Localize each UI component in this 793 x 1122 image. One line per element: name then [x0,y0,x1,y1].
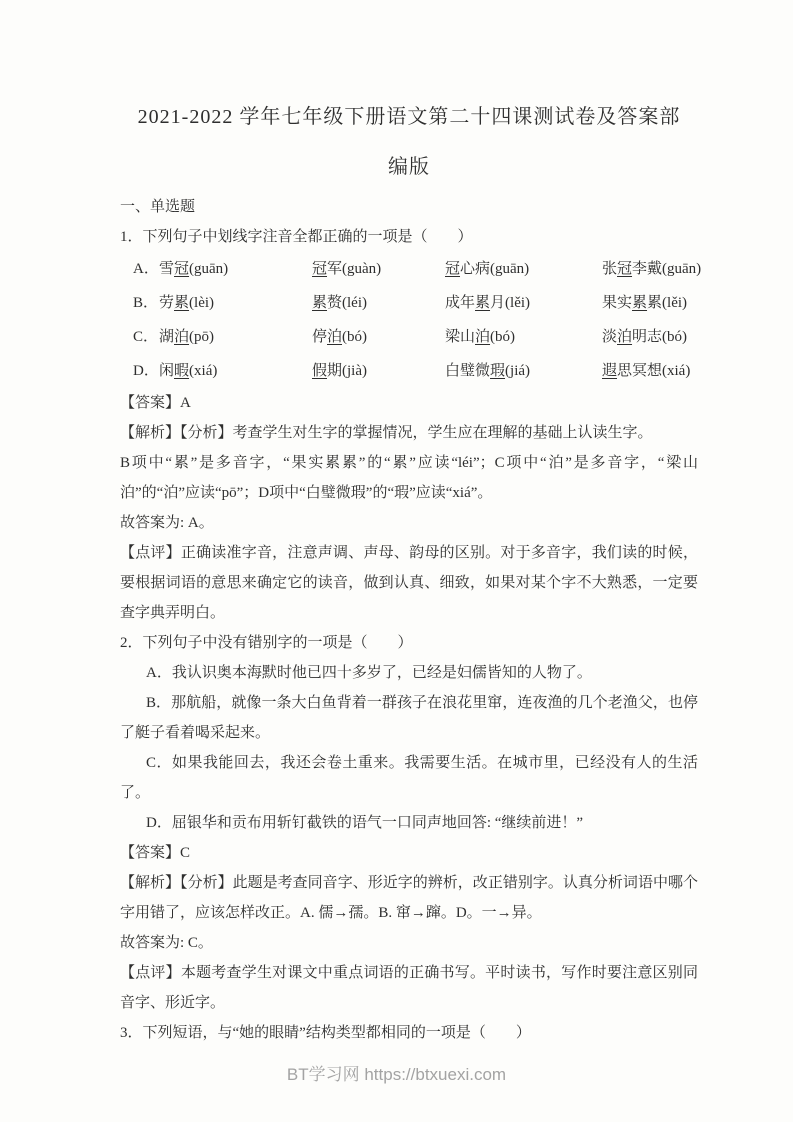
question1-comment: 【点评】正确读准字音，注意声调、声母、韵母的区别。对于多音字，我们读的时候，要根… [120,538,698,628]
question2-conclusion: 故答案为: C。 [120,928,698,958]
question2-comment: 【点评】本题考查学生对课文中重点词语的正确书写。平时读书，写作时要注意区别同音字… [120,958,698,1018]
option-phrase: 淡泊明志(bó) [602,320,698,354]
question2-option-c: C．如果我能回去，我还会卷土重来。我需要生活。在城市里，已经没有人的生活了。 [120,748,698,808]
option-phrase: 雪冠(guān) [159,252,312,286]
document-content: 2021-2022 学年七年级下册语文第二十四课测试卷及答案部 编版 一、单选题… [120,92,698,1048]
option-phrase: 遐思冥想(xiá) [602,354,698,388]
option-phrase: 白璧微瑕(jiá) [445,354,602,388]
question1-conclusion: 故答案为: A。 [120,508,698,538]
question2-option-d: D．屈银华和贡布用斩钉截铁的语气一口同声地回答: “继续前进！” [120,808,698,838]
option-phrase: 闲暇(xiá) [159,354,312,388]
title-line-2: 编版 [120,142,698,192]
site-watermark: BT学习网 https://btxuexi.com [0,1062,793,1088]
question2-stem: 2．下列句子中没有错别字的一项是（ ） [120,628,698,658]
question1-options: A． 雪冠(guān) 冠军(guàn) 冠心病(guān) 张冠李戴(guān… [133,252,698,388]
section-heading: 一、单选题 [120,192,698,222]
question1-answer: 【答案】A [120,388,698,418]
question1-option-row-a: A． 雪冠(guān) 冠军(guàn) 冠心病(guān) 张冠李戴(guān… [133,252,698,286]
option-label: B． [133,286,159,320]
question2-answer: 【答案】C [120,838,698,868]
question1-option-row-d: D． 闲暇(xiá) 假期(jià) 白璧微瑕(jiá) 遐思冥想(xiá) [133,354,698,388]
option-phrase: 湖泊(pō) [159,320,312,354]
test-paper-page: 2021-2022 学年七年级下册语文第二十四课测试卷及答案部 编版 一、单选题… [0,0,793,1122]
question2-analysis: 【解析】【分析】此题是考查同音字、形近字的辨析，改正错别字。认真分析词语中哪个字… [120,868,698,928]
question2-option-b: B．那航船，就像一条大白鱼背着一群孩子在浪花里窜，连夜渔的几个老渔父，也停了艇子… [120,688,698,748]
document-title: 2021-2022 学年七年级下册语文第二十四课测试卷及答案部 编版 [120,92,698,192]
question1-stem: 1．下列句子中划线字注音全都正确的一项是（ ） [120,222,698,252]
question1-option-row-b: B． 劳累(lèi) 累赘(léi) 成年累月(lěi) 果实累累(lěi) [133,286,698,320]
option-phrase: 梁山泊(bó) [445,320,602,354]
option-phrase: 停泊(bó) [312,320,445,354]
option-phrase: 成年累月(lěi) [445,286,602,320]
option-phrase: 累赘(léi) [312,286,445,320]
option-phrase: 劳累(lèi) [159,286,312,320]
question1-analysis-detail: B项中“累”是多音字，“果实累累”的“累”应读“léi”；C项中“泊”是多音字，… [120,448,698,508]
option-label: A． [133,252,159,286]
option-phrase: 冠心病(guān) [445,252,602,286]
option-label: D． [133,354,159,388]
title-line-1: 2021-2022 学年七年级下册语文第二十四课测试卷及答案部 [120,92,698,142]
option-label: C． [133,320,159,354]
question2-option-a: A．我认识奥本海默时他已四十多岁了，已经是妇儒皆知的人物了。 [120,658,698,688]
option-phrase: 果实累累(lěi) [602,286,698,320]
question3-stem: 3．下列短语，与“她的眼睛”结构类型都相同的一项是（ ） [120,1018,698,1048]
option-phrase: 张冠李戴(guān) [602,252,701,286]
question1-analysis-intro: 【解析】【分析】考查学生对生字的掌握情况，学生应在理解的基础上认读生字。 [120,418,698,448]
option-phrase: 冠军(guàn) [312,252,445,286]
question1-option-row-c: C． 湖泊(pō) 停泊(bó) 梁山泊(bó) 淡泊明志(bó) [133,320,698,354]
option-phrase: 假期(jià) [312,354,445,388]
